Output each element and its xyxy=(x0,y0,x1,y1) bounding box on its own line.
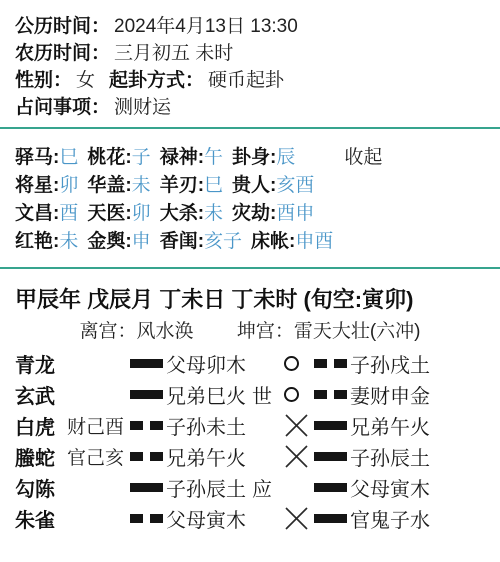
shensha-value: 子 xyxy=(132,147,151,168)
moving-yang-circle-icon xyxy=(284,387,299,402)
yao-text: 兄弟午火 xyxy=(166,442,246,471)
shensha-value: 午 xyxy=(204,147,223,168)
shensha-label: 大杀: xyxy=(160,203,204,224)
yao-text: 子孙辰土 xyxy=(347,442,430,471)
shensha-section: 驿马:巳 桃花:子 禄神:午 卦身:辰 收起 将星:卯 华盖:未 羊刃:巳 贵人… xyxy=(0,129,500,267)
solar-time-label: 公历时间： xyxy=(15,16,110,37)
right-palace-name: 雷天大壮(六冲) xyxy=(294,321,421,342)
yang-line-icon xyxy=(130,483,163,492)
yao-text: 子孙戌土 xyxy=(347,349,430,378)
liushen-label: 勾陈 xyxy=(15,473,67,502)
shensha-label: 禄神: xyxy=(160,147,204,168)
shensha-label: 红艳: xyxy=(15,231,59,252)
shensha-value: 未 xyxy=(204,203,223,224)
right-palace-label: 坤宫： xyxy=(237,321,294,342)
yao-text: 兄弟巳火 xyxy=(166,380,246,409)
shensha-label: 将星: xyxy=(15,175,59,196)
shensha-label: 华盖: xyxy=(87,175,131,196)
method-label: 起卦方式： xyxy=(109,70,204,91)
left-palace-label: 离宫： xyxy=(80,321,137,342)
collapse-toggle[interactable]: 收起 xyxy=(344,144,382,172)
shensha-value: 巳 xyxy=(59,147,78,168)
topic-row: 占问事项：测财运 xyxy=(15,94,485,121)
shensha-value: 未 xyxy=(132,175,151,196)
yang-line-icon xyxy=(314,421,347,430)
yin-line-icon xyxy=(314,359,347,368)
yin-line-icon xyxy=(130,452,163,461)
shensha-label: 灾劫: xyxy=(232,203,276,224)
yao-text: 父母卯木 xyxy=(166,349,246,378)
gender-method-row: 性别：女起卦方式：硬币起卦 xyxy=(15,67,485,94)
yao-row: 白虎 财己酉 子孙未土 兄弟午火 xyxy=(0,410,500,441)
yao-text: 兄弟午火 xyxy=(347,411,430,440)
cast-info-section: 公历时间：2024年4月13日 13:30 农历时间：三月初五 未时 性别：女起… xyxy=(0,0,500,127)
lunar-time-value: 三月初五 未时 xyxy=(114,43,233,64)
gender-label: 性别： xyxy=(15,70,72,91)
shensha-row: 文昌:酉 天医:卯 大杀:未 灾劫:酉申 xyxy=(15,200,485,228)
fushen-label: 官己亥 xyxy=(67,443,130,470)
shensha-label: 文昌: xyxy=(15,203,59,224)
liushen-label: 青龙 xyxy=(15,349,67,378)
topic-label: 占问事项： xyxy=(15,97,110,118)
yao-row: 螣蛇 官己亥 兄弟午火 子孙辰土 xyxy=(0,441,500,472)
yao-text: 妻财申金 xyxy=(347,380,430,409)
yao-text: 父母寅木 xyxy=(166,504,246,533)
shensha-row: 将星:卯 华盖:未 羊刃:巳 贵人:亥酉 xyxy=(15,172,485,200)
shensha-value: 亥酉 xyxy=(276,175,314,196)
yin-line-icon xyxy=(130,421,163,430)
shensha-value: 酉申 xyxy=(276,203,314,224)
gender-value: 女 xyxy=(76,70,95,91)
hexagram-rows: 青龙 父母卯木 子孙戌土 玄武 兄弟巳火世 妻财申金 白虎 财己酉 子孙未土 xyxy=(0,348,500,534)
method-value: 硬币起卦 xyxy=(208,70,284,91)
shensha-label: 羊刃: xyxy=(160,175,204,196)
moving-yin-cross-icon xyxy=(284,506,309,531)
left-palace-name: 风水涣 xyxy=(137,321,194,342)
hexagram-section: 甲辰年 戊辰月 丁未日 丁未时 (旬空:寅卯) 离宫：风水涣 坤宫：雷天大壮(六… xyxy=(0,285,500,534)
shensha-label: 桃花: xyxy=(87,147,131,168)
ying-marker: 应 xyxy=(252,473,272,502)
fushen-label: 财己酉 xyxy=(67,412,130,439)
yang-line-icon xyxy=(314,483,347,492)
shensha-value: 卯 xyxy=(59,175,78,196)
yang-line-icon xyxy=(130,359,163,368)
yang-line-icon xyxy=(314,452,347,461)
shensha-value: 申 xyxy=(132,231,151,252)
lunar-time-row: 农历时间：三月初五 未时 xyxy=(15,40,485,67)
palace-line: 离宫：风水涣 坤宫：雷天大壮(六冲) xyxy=(0,319,500,345)
section-divider-bottom xyxy=(0,267,500,269)
moving-yin-cross-icon xyxy=(284,444,309,469)
liushen-label: 白虎 xyxy=(15,411,67,440)
solar-time-row: 公历时间：2024年4月13日 13:30 xyxy=(15,13,485,40)
yao-text: 子孙未土 xyxy=(166,411,246,440)
shensha-value: 酉 xyxy=(59,203,78,224)
solar-time-value: 2024年4月13日 13:30 xyxy=(114,16,298,37)
yang-line-icon xyxy=(130,390,163,399)
moving-yin-cross-icon xyxy=(284,413,309,438)
shi-marker: 世 xyxy=(252,380,272,409)
yao-text: 官鬼子水 xyxy=(347,504,430,533)
shensha-value: 辰 xyxy=(276,147,295,168)
shensha-label: 贵人: xyxy=(232,175,276,196)
shensha-row: 驿马:巳 桃花:子 禄神:午 卦身:辰 收起 xyxy=(15,144,485,172)
shensha-value: 亥子 xyxy=(204,231,242,252)
yao-text: 子孙辰土 xyxy=(166,473,246,502)
shensha-value: 未 xyxy=(59,231,78,252)
shensha-row: 红艳:未 金舆:申 香闺:亥子 床帐:申酉 xyxy=(15,228,485,256)
yao-row: 玄武 兄弟巳火世 妻财申金 xyxy=(0,379,500,410)
liushen-label: 玄武 xyxy=(15,380,67,409)
no-moving-mark xyxy=(284,478,304,498)
shensha-label: 驿马: xyxy=(15,147,59,168)
moving-yang-circle-icon xyxy=(284,356,299,371)
topic-value: 测财运 xyxy=(114,97,171,118)
liushen-label: 螣蛇 xyxy=(15,442,67,471)
shensha-value: 巳 xyxy=(204,175,223,196)
yin-line-icon xyxy=(130,514,163,523)
yao-text: 父母寅木 xyxy=(347,473,430,502)
shensha-value: 卯 xyxy=(132,203,151,224)
yang-line-icon xyxy=(314,514,347,523)
yao-row: 青龙 父母卯木 子孙戌土 xyxy=(0,348,500,379)
liushen-label: 朱雀 xyxy=(15,504,67,533)
shensha-label: 香闺: xyxy=(160,231,204,252)
lunar-time-label: 农历时间： xyxy=(15,43,110,64)
yao-row: 朱雀 父母寅木 官鬼子水 xyxy=(0,503,500,534)
ganzhi-header: 甲辰年 戊辰月 丁未日 丁未时 (旬空:寅卯) xyxy=(0,285,500,315)
yao-row: 勾陈 子孙辰土应 父母寅木 xyxy=(0,472,500,503)
shensha-label: 卦身: xyxy=(232,147,276,168)
shensha-label: 床帐: xyxy=(251,231,295,252)
shensha-label: 金舆: xyxy=(87,231,131,252)
shensha-value: 申酉 xyxy=(295,231,333,252)
yin-line-icon xyxy=(314,390,347,399)
shensha-label: 天医: xyxy=(87,203,131,224)
